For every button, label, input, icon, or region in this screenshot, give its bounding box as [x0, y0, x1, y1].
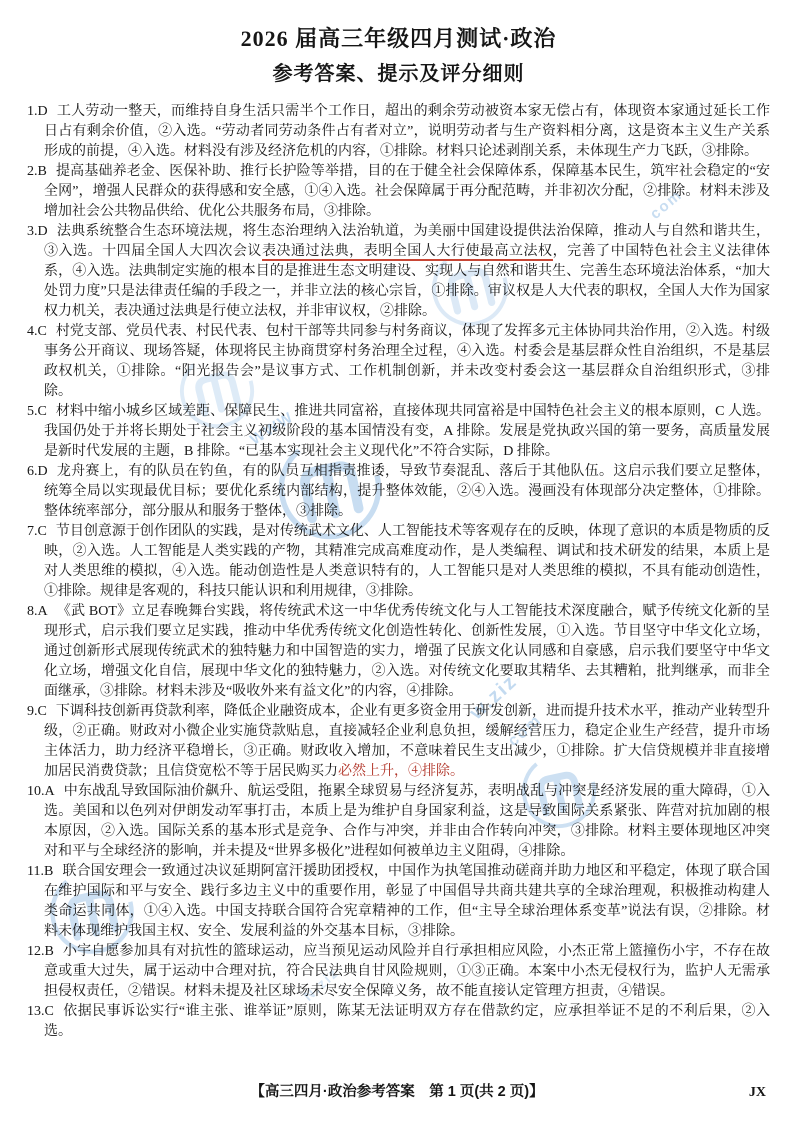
answer-text-red-underline: 表决通过法典，表明全国人大行使最高立法权: [262, 244, 553, 261]
answer-item: 6.D龙舟赛上，有的队员在钓鱼，有的队员互相指责推诿，导致节奏混乱、落后于其他队…: [27, 462, 770, 522]
answer-item: 12.B小宇自愿参加具有对抗性的篮球运动，应当预见运动风险并自行承担相应风险，小…: [27, 942, 770, 1002]
answer-number: 5.C: [27, 404, 47, 419]
answer-text: 依据民事诉讼实行“谁主张、谁举证”原则，陈某无法证明双方存在借款约定，应承担举证…: [44, 1004, 770, 1039]
answer-number: 13.C: [27, 1004, 54, 1019]
page-subtitle: 参考答案、提示及评分细则: [27, 57, 770, 86]
answer-item: 1.D工人劳动一整天，而维持自身生活只需半个工作日，超出的剩余劳动被资本家无偿占…: [27, 102, 770, 162]
page-title: 2026 届高三年级四月测试·政治: [27, 22, 770, 53]
answer-number: 2.B: [27, 164, 47, 179]
answer-item: 5.C材料中缩小城乡区域差距、保障民生、推进共同富裕，直接体现共同富裕是中国特色…: [27, 402, 770, 462]
answer-text: 材料中缩小城乡区域差距、保障民生、推进共同富裕，直接体现共同富裕是中国特色社会主…: [44, 404, 770, 459]
answer-item: 7.C节目创意源于创作团队的实践，是对传统武术文化、人工智能技术等客观存在的反映…: [27, 522, 770, 602]
footer-code: JX: [749, 1085, 766, 1101]
answer-number: 6.D: [27, 464, 48, 479]
answer-text: 提高基础养老金、医保补助、推行长护险等举措，目的在于健全社会保障体系，保障基本民…: [44, 164, 770, 219]
answers-list: 1.D工人劳动一整天，而维持自身生活只需半个工作日，超出的剩余劳动被资本家无偿占…: [27, 102, 770, 1042]
answer-text-red: 必然上升，④排除。: [338, 764, 464, 779]
answer-number: 3.D: [27, 224, 48, 239]
answer-item: 2.B提高基础养老金、医保补助、推行长护险等举措，目的在于健全社会保障体系，保障…: [27, 162, 770, 222]
answer-item: 3.D法典系统整合生态环境法规，将生态治理纳入法治轨道，为美丽中国建设提供法治保…: [27, 222, 770, 322]
answer-number: 7.C: [27, 524, 47, 539]
exam-answer-page: comWWWw.zizcomN.ziz 2026 届高三年级四月测试·政治 参考…: [0, 0, 794, 1123]
answer-number: 8.A: [27, 604, 48, 619]
answer-number: 9.C: [27, 704, 47, 719]
answer-text: 中东战乱导致国际油价飙升、航运受阻，拖累全球贸易与经济复苏，表明战乱与冲突是经济…: [44, 784, 770, 859]
answer-item: 10.A中东战乱导致国际油价飙升、航运受阻，拖累全球贸易与经济复苏，表明战乱与冲…: [27, 782, 770, 862]
footer-page-label: 【高三四月·政治参考答案 第 1 页(共 2 页)】: [0, 1080, 794, 1101]
answer-number: 4.C: [27, 324, 47, 339]
answer-item: 11.B联合国安理会一致通过决议延期阿富汗援助团授权，中国作为执笔国推动磋商并助…: [27, 862, 770, 942]
answer-number: 11.B: [27, 864, 53, 879]
answer-item: 4.C村党支部、党员代表、村民代表、包村干部等共同参与村务商议，体现了发挥多元主…: [27, 322, 770, 402]
answer-text: 村党支部、党员代表、村民代表、包村干部等共同参与村务商议，体现了发挥多元主体协同…: [44, 324, 770, 399]
answer-text: 联合国安理会一致通过决议延期阿富汗援助团授权，中国作为执笔国推动磋商并助力地区和…: [44, 864, 770, 939]
answer-text: 节目创意源于创作团队的实践，是对传统武术文化、人工智能技术等客观存在的反映，体现…: [44, 524, 770, 599]
answer-number: 12.B: [27, 944, 54, 959]
answer-text: 《武 BOT》立足春晚舞台实践，将传统武术这一中华优秀传统文化与人工智能技术深度…: [44, 604, 770, 699]
page-content: 2026 届高三年级四月测试·政治 参考答案、提示及评分细则 1.D工人劳动一整…: [27, 16, 770, 1042]
answer-item: 13.C依据民事诉讼实行“谁主张、谁举证”原则，陈某无法证明双方存在借款约定，应…: [27, 1002, 770, 1042]
answer-text: 龙舟赛上，有的队员在钓鱼，有的队员互相指责推诿，导致节奏混乱、落后于其他队伍。这…: [44, 464, 770, 519]
answer-text: 工人劳动一整天，而维持自身生活只需半个工作日，超出的剩余劳动被资本家无偿占有，体…: [44, 104, 770, 159]
answer-item: 9.C下调科技创新再贷款利率，降低企业融资成本，企业有更多资金用于研发创新，进而…: [27, 702, 770, 782]
answer-item: 8.A《武 BOT》立足春晚舞台实践，将传统武术这一中华优秀传统文化与人工智能技…: [27, 602, 770, 702]
answer-number: 10.A: [27, 784, 55, 799]
answer-text: 小宇自愿参加具有对抗性的篮球运动，应当预见运动风险并自行承担相应风险，小杰正常上…: [44, 944, 770, 999]
answer-number: 1.D: [27, 104, 48, 119]
